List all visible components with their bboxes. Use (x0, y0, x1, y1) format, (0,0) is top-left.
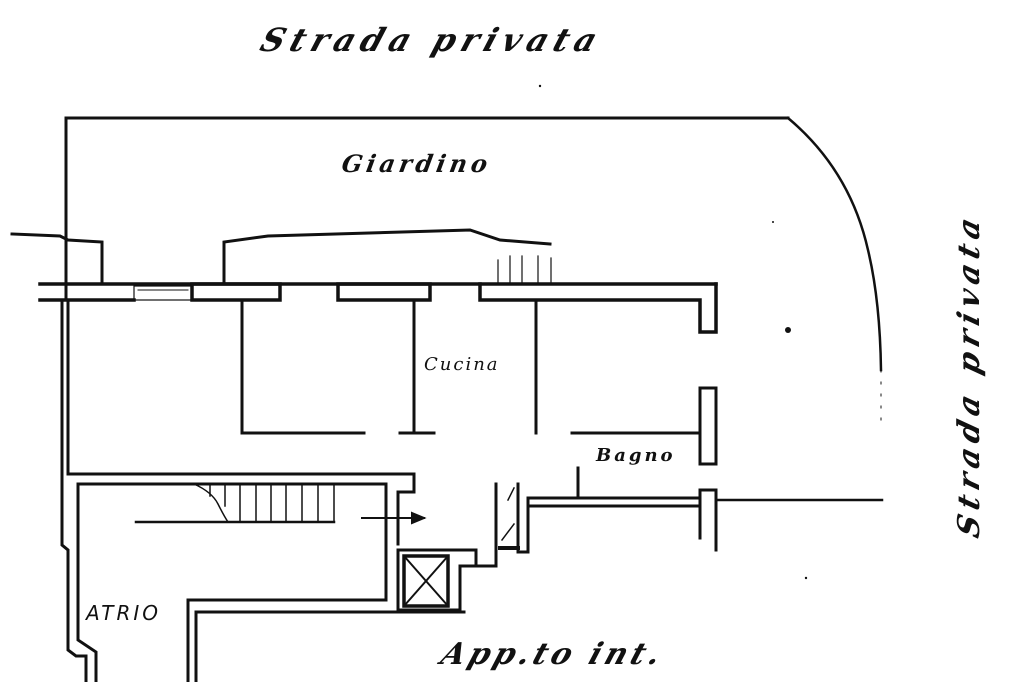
front-wall (40, 284, 716, 332)
kitchen-label: Cucina (424, 356, 500, 374)
atrium-label: ATRIO (86, 603, 161, 623)
garden-label: Giardino (340, 152, 493, 176)
staircase (136, 484, 334, 522)
service-stair (476, 484, 528, 566)
street-label-right: Strada privata (955, 233, 985, 541)
apartment-label: App.to int. (437, 640, 668, 670)
left-terrace-edge (12, 234, 102, 284)
floor-plan (0, 0, 1024, 682)
arrow-right-icon (362, 513, 424, 523)
terrace-outline (224, 230, 550, 284)
bathroom-walls (528, 490, 882, 550)
street-label-top: Strada privata (257, 24, 607, 56)
terrace-steps (498, 256, 551, 282)
elevator-shaft-icon (398, 550, 476, 610)
bathroom-label: Bagno (596, 447, 676, 465)
